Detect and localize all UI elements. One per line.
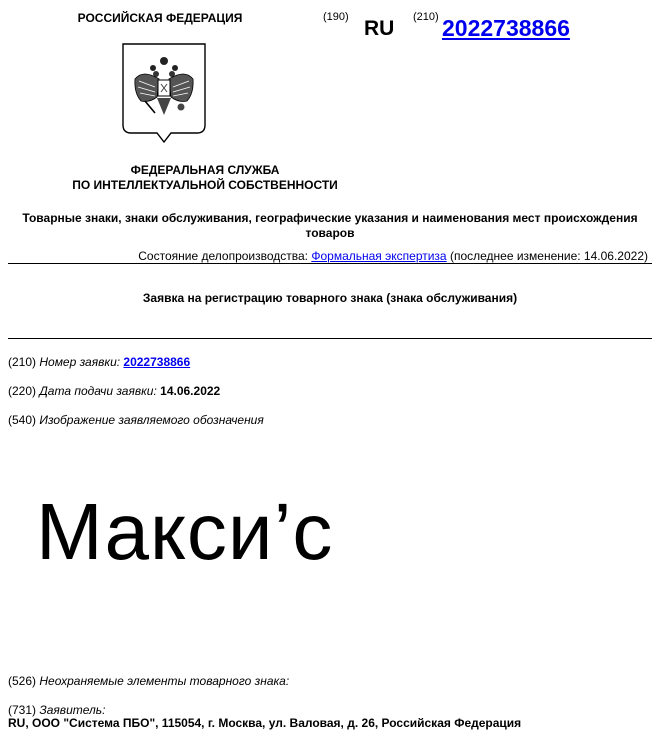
divider <box>8 338 652 339</box>
application-number-link[interactable]: 2022738866 <box>442 15 570 42</box>
field-mark-image: (540) Изображение заявляемого обозначени… <box>8 413 264 427</box>
application-number-field-link[interactable]: 2022738866 <box>123 355 190 369</box>
case-status: Состояние делопроизводства: Формальная э… <box>138 249 648 263</box>
field-disclaimed-elements: (526) Неохраняемые элементы товарного зн… <box>8 674 289 688</box>
country-name: РОССИЙСКАЯ ФЕДЕРАЦИЯ <box>40 11 280 25</box>
inid-code: (540) <box>8 413 39 427</box>
filing-date-value: 14.06.2022 <box>160 384 220 398</box>
country-code: RU <box>364 17 394 41</box>
document-title: Заявка на регистрацию товарного знака (з… <box>8 291 652 305</box>
divider <box>8 263 652 264</box>
inid-code: (220) <box>8 384 39 398</box>
status-prefix: Состояние делопроизводства: <box>138 249 311 263</box>
inid-code: (526) <box>8 674 39 688</box>
inid-code: (210) <box>8 355 39 369</box>
agency-name: ФЕДЕРАЛЬНАЯ СЛУЖБА ПО ИНТЕЛЛЕКТУАЛЬНОЙ С… <box>40 163 370 193</box>
field-application-number: (210) Номер заявки: 2022738866 <box>8 355 190 369</box>
russian-coat-of-arms-icon <box>119 41 209 145</box>
applicant-value: RU, ООО "Система ПБО", 115054, г. Москва… <box>8 716 521 730</box>
field-label: Неохраняемые элементы товарного знака: <box>39 674 289 688</box>
status-suffix: (последнее изменение: 14.06.2022) <box>447 249 648 263</box>
field-filing-date: (220) Дата подачи заявки: 14.06.2022 <box>8 384 220 398</box>
field-label: Изображение заявляемого обозначения <box>39 413 263 427</box>
field-label: Дата подачи заявки: <box>39 384 160 398</box>
inid-code: (731) <box>8 703 39 717</box>
inid-code-210: (210) <box>413 11 439 23</box>
agency-line-1: ФЕДЕРАЛЬНАЯ СЛУЖБА <box>40 163 370 178</box>
status-link[interactable]: Формальная экспертиза <box>311 249 446 263</box>
field-applicant: (731) Заявитель: <box>8 703 105 717</box>
document-category: Товарные знаки, знаки обслуживания, геог… <box>8 211 652 241</box>
agency-line-2: ПО ИНТЕЛЛЕКТУАЛЬНОЙ СОБСТВЕННОСТИ <box>40 178 370 193</box>
field-label: Номер заявки: <box>39 355 123 369</box>
trademark-image: Макси’с <box>36 487 333 577</box>
field-label: Заявитель: <box>39 703 105 717</box>
inid-code-190: (190) <box>323 11 349 23</box>
